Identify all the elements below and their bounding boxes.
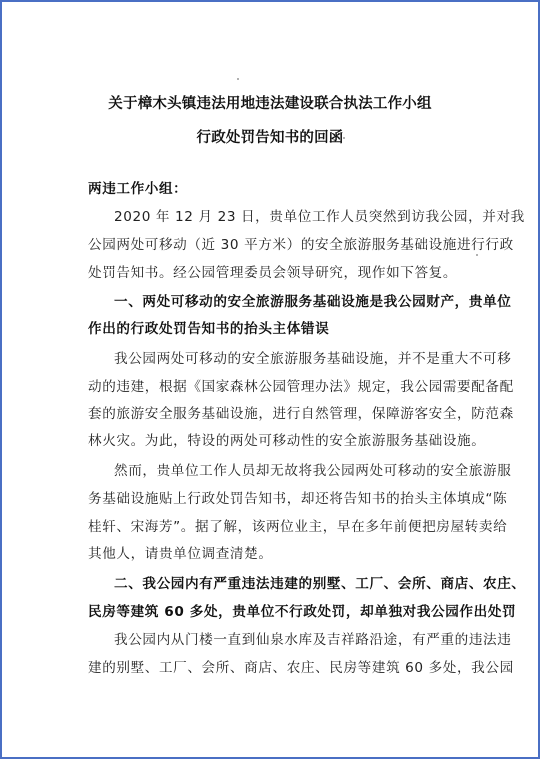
document-page: 关于樟木头镇违法用地违法建设联合执法工作小组 行政处罚告知书的回函 两违工作小组… xyxy=(0,0,540,759)
body-line: 林火灾。为此，特设的两处可移动性的安全旅游服务基础设施。 xyxy=(88,432,468,450)
body-line: 2020 年 12 月 23 日，贵单位工作人员突然到访我公园，并对我 xyxy=(114,208,494,226)
section-heading-1: 一、两处可移动的安全旅游服务基础设施是我公园财产，贵单位 xyxy=(114,293,494,311)
body-line: 我公园内从门楼一直到仙泉水库及吉祥路沿途，有严重的违法违 xyxy=(114,631,494,649)
body-line: 桂轩、宋海芳”。据了解，该两位业主，早在多年前便把房屋转卖给 xyxy=(88,518,468,536)
body-line: 然而，贵单位工作人员却无故将我公园两处可移动的安全旅游服 xyxy=(114,462,494,480)
body-line: 建的别墅、工厂、会所、商店、农庄、民房等建筑 60 多处，我公园 xyxy=(88,659,468,677)
scan-speck xyxy=(476,254,478,256)
body-line: 动的违建，根据《国家森林公园管理办法》规定，我公园需要配备配 xyxy=(88,378,468,396)
section-heading-2: 二、我公园内有严重违法违建的别墅、工厂、会所、商店、农庄、 xyxy=(114,575,494,593)
scan-speck xyxy=(343,137,345,139)
body-line: 公园两处可移动（近 30 平方米）的安全旅游服务基础设施进行行政 xyxy=(88,236,468,254)
section-heading-2-cont: 民房等建筑 60 多处，贵单位不行政处罚，却单独对我公园作出处罚 xyxy=(88,603,468,621)
section-heading-1-cont: 作出的行政处罚告知书的抬头主体错误 xyxy=(88,320,468,338)
body-line: 我公园两处可移动的安全旅游服务基础设施，并不是重大不可移 xyxy=(114,350,494,368)
salutation: 两违工作小组： xyxy=(88,180,468,198)
document-title-line-1: 关于樟木头镇违法用地违法建设联合执法工作小组 xyxy=(2,92,538,113)
body-line: 套的旅游安全服务基础设施，进行自然管理，保障游客安全，防范森 xyxy=(88,405,468,423)
body-line: 处罚告知书。经公园管理委员会领导研究，现作如下答复。 xyxy=(88,264,468,282)
body-line: 务基础设施贴上行政处罚告知书，却还将告知书的抬头主体填成“陈 xyxy=(88,490,468,508)
document-title-line-2: 行政处罚告知书的回函 xyxy=(2,126,538,147)
body-line: 其他人，请贵单位调查清楚。 xyxy=(88,545,468,563)
scan-speck xyxy=(237,78,239,80)
